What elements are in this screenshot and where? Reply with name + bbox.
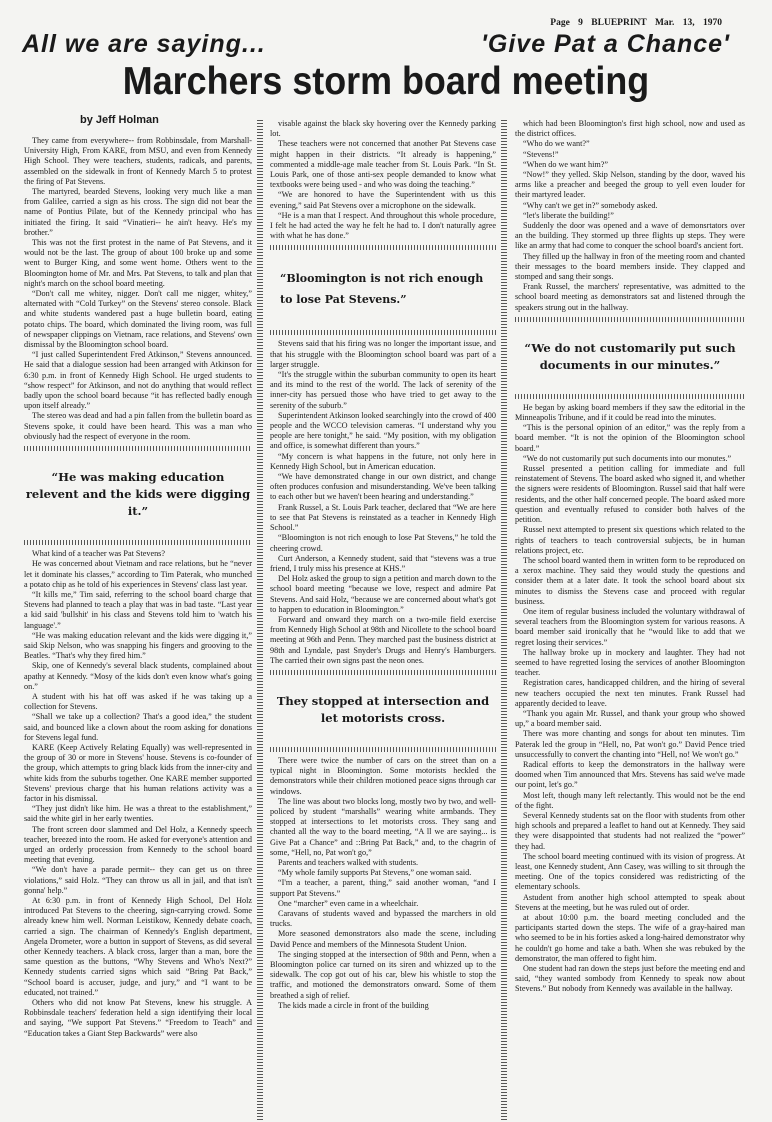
headline: Marchers storm board meeting: [31, 60, 741, 104]
col1-section-b: What kind of a teacher was Pat Stevens?H…: [24, 549, 252, 1039]
byline: by Jeff Holman: [80, 114, 159, 126]
paragraph: There were twice the number of cars on t…: [270, 756, 496, 797]
paragraph: Astudent from another high school attemp…: [515, 893, 745, 913]
article-column-1: They came from everywhere-- from Robbins…: [24, 136, 252, 1039]
col3-section-b: He began by asking board members if they…: [515, 403, 745, 995]
paragraph: Russel presented a petition calling for …: [515, 464, 745, 525]
issue-date: Mar. 13, 1970: [655, 18, 722, 28]
paragraph: “He was making education relevant and th…: [24, 631, 252, 662]
paragraph: “Thank you again Mr. Russel, and thank y…: [515, 709, 745, 729]
paragraph: This was not the first protest in the na…: [24, 238, 252, 289]
paragraph: which had been Bloomington's first high …: [515, 119, 745, 139]
paragraph: “Don't call me whitey, nigger. Don't cal…: [24, 289, 252, 350]
paragraph: “This is the personal opinion of an edit…: [515, 423, 745, 454]
masthead: Page 9 BLUEPRINT Mar. 13, 1970: [550, 18, 722, 28]
paragraph: Forward and onward they march on a two-m…: [270, 615, 496, 666]
page-number: Page 9: [550, 18, 583, 28]
paragraph: The kids made a circle in front of the b…: [270, 1001, 496, 1011]
paragraph: “Who do we want?”: [515, 139, 745, 149]
paragraph: “We are honored to have the Superintende…: [270, 190, 496, 210]
paragraph: One item of regular business included th…: [515, 607, 745, 648]
col3-section-a: which had been Bloomington's first high …: [515, 119, 745, 313]
kicker-left: All we are saying...: [22, 30, 266, 59]
paragraph: at about 10:00 p.m. the board meeting co…: [515, 913, 745, 964]
paragraph: Curt Anderson, a Kennedy student, said t…: [270, 554, 496, 574]
paragraph: “Shall we take up a collection? That's a…: [24, 712, 252, 743]
paragraph: The martyred, bearded Stevens, looking v…: [24, 187, 252, 238]
ornamental-rule: [515, 317, 745, 322]
article-column-2: visable against the black sky hovering o…: [270, 119, 496, 1011]
paragraph: One “marcher” even came in a wheelchair.: [270, 899, 496, 909]
paragraph: “When do we want him?”: [515, 160, 745, 170]
paragraph: More seasoned demonstrators also made th…: [270, 929, 496, 949]
paragraph: visable against the black sky hovering o…: [270, 119, 496, 139]
paragraph: There was more chanting and songs for ab…: [515, 729, 745, 760]
col2-section-b: Stevens said that his firing was no long…: [270, 339, 496, 666]
paragraph: Russel next attempted to present six que…: [515, 525, 745, 556]
paragraph: Several Kennedy students sat on the floo…: [515, 811, 745, 852]
paragraph: Most left, though many left relectantly.…: [515, 791, 745, 811]
paragraph: Parents and teachers walked with student…: [270, 858, 496, 868]
ornamental-rule: [24, 446, 252, 451]
paragraph: The line was about two blocks long, most…: [270, 797, 496, 858]
paragraph: “It kills me,” Tim said, referring to th…: [24, 590, 252, 631]
paragraph: Suddenly the door was opened and a wave …: [515, 221, 745, 252]
paragraph: Superintendent Atkinson looked searching…: [270, 411, 496, 452]
paragraph: Caravans of students waved and bypassed …: [270, 909, 496, 929]
col2-section-a: visable against the black sky hovering o…: [270, 119, 496, 241]
pull-quote: They stopped at intersection and let mot…: [270, 679, 496, 743]
paragraph: Frank Russel, a St. Louis Park teacher, …: [270, 503, 496, 534]
paragraph: “Bloomington is not rich enough to lose …: [270, 533, 496, 553]
paragraph: “We don't have a parade permit-- they ca…: [24, 865, 252, 896]
paragraph: The school board meeting continued with …: [515, 852, 745, 893]
paragraph: What kind of a teacher was Pat Stevens?: [24, 549, 252, 559]
paragraph: The front screen door slammed and Del Ho…: [24, 825, 252, 866]
paragraph: “let's liberate the building!”: [515, 211, 745, 221]
paragraph: “Stevens!”: [515, 150, 745, 160]
ornamental-rule: [24, 540, 252, 545]
paragraph: Skip, one of Kennedy's several black stu…: [24, 661, 252, 692]
paragraph: The hallway broke up in mockery and laug…: [515, 648, 745, 679]
pull-quote: “Bloomington is not rich enough to lose …: [270, 254, 496, 326]
paragraph: Registration cares, handicapped children…: [515, 678, 745, 709]
ornamental-rule: [515, 394, 745, 399]
ornamental-rule: [270, 670, 496, 675]
paragraph: Radical efforts to keep the demonstrator…: [515, 760, 745, 791]
pull-quote: “He was making education relevent and th…: [24, 455, 252, 536]
paragraph: Stevens said that his firing was no long…: [270, 339, 496, 370]
kicker-right: 'Give Pat a Chance': [481, 30, 730, 59]
paragraph: KARE (Keep Actively Relating Equally) wa…: [24, 743, 252, 804]
paragraph: The stereo was dead and had a pin fallen…: [24, 411, 252, 442]
paragraph: Frank Russel, the marchers' representati…: [515, 282, 745, 313]
paragraph: “My whole family supports Pat Stevens,” …: [270, 868, 496, 878]
paragraph: He was concerned about Vietnam and race …: [24, 559, 252, 590]
paragraph: “My concern is what happens in the futur…: [270, 452, 496, 472]
paragraph: They filled up the hallway in fron of th…: [515, 252, 745, 283]
ornamental-rule: [270, 330, 496, 335]
publication-name: BLUEPRINT: [591, 18, 646, 28]
paragraph: These teachers were not concerned that a…: [270, 139, 496, 190]
ornamental-rule: [270, 747, 496, 752]
paragraph: “We do not customarily put such document…: [515, 454, 745, 464]
paragraph: “Now!” they yelled. Skip Nelson, standin…: [515, 170, 745, 201]
column-divider: [501, 120, 507, 1120]
paragraph: “He is a man that I respect. And through…: [270, 211, 496, 242]
paragraph: “I'm a teacher, a parent, thing,” said a…: [270, 878, 496, 898]
ornamental-rule: [270, 245, 496, 250]
paragraph: “They just didn't like him. He was a thr…: [24, 804, 252, 824]
paragraph: The singing stopped at the intersection …: [270, 950, 496, 1001]
paragraph: At 6:30 p.m. in front of Kennedy High Sc…: [24, 896, 252, 998]
paragraph: A student with his hat off was asked if …: [24, 692, 252, 712]
paragraph: Others who did not know Pat Stevens, kne…: [24, 998, 252, 1039]
col2-section-c: There were twice the number of cars on t…: [270, 756, 496, 1011]
paragraph: The school board wanted them in written …: [515, 556, 745, 607]
paragraph: “It's the struggle within the suburban c…: [270, 370, 496, 411]
article-column-3: which had been Bloomington's first high …: [515, 119, 745, 995]
paragraph: Del Holz asked the group to sign a petit…: [270, 574, 496, 615]
paragraph: “We have demonstrated change in our own …: [270, 472, 496, 503]
paragraph: He began by asking board members if they…: [515, 403, 745, 423]
paragraph: “I just called Superintendent Fred Atkin…: [24, 350, 252, 411]
paragraph: One student had ran down the steps just …: [515, 964, 745, 995]
paragraph: “Why can't we get in?” somebody asked.: [515, 201, 745, 211]
column-divider: [257, 120, 263, 1120]
pull-quote: “We do not customarily put such document…: [515, 326, 745, 390]
col1-section-a: They came from everywhere-- from Robbins…: [24, 136, 252, 442]
paragraph: They came from everywhere-- from Robbins…: [24, 136, 252, 187]
